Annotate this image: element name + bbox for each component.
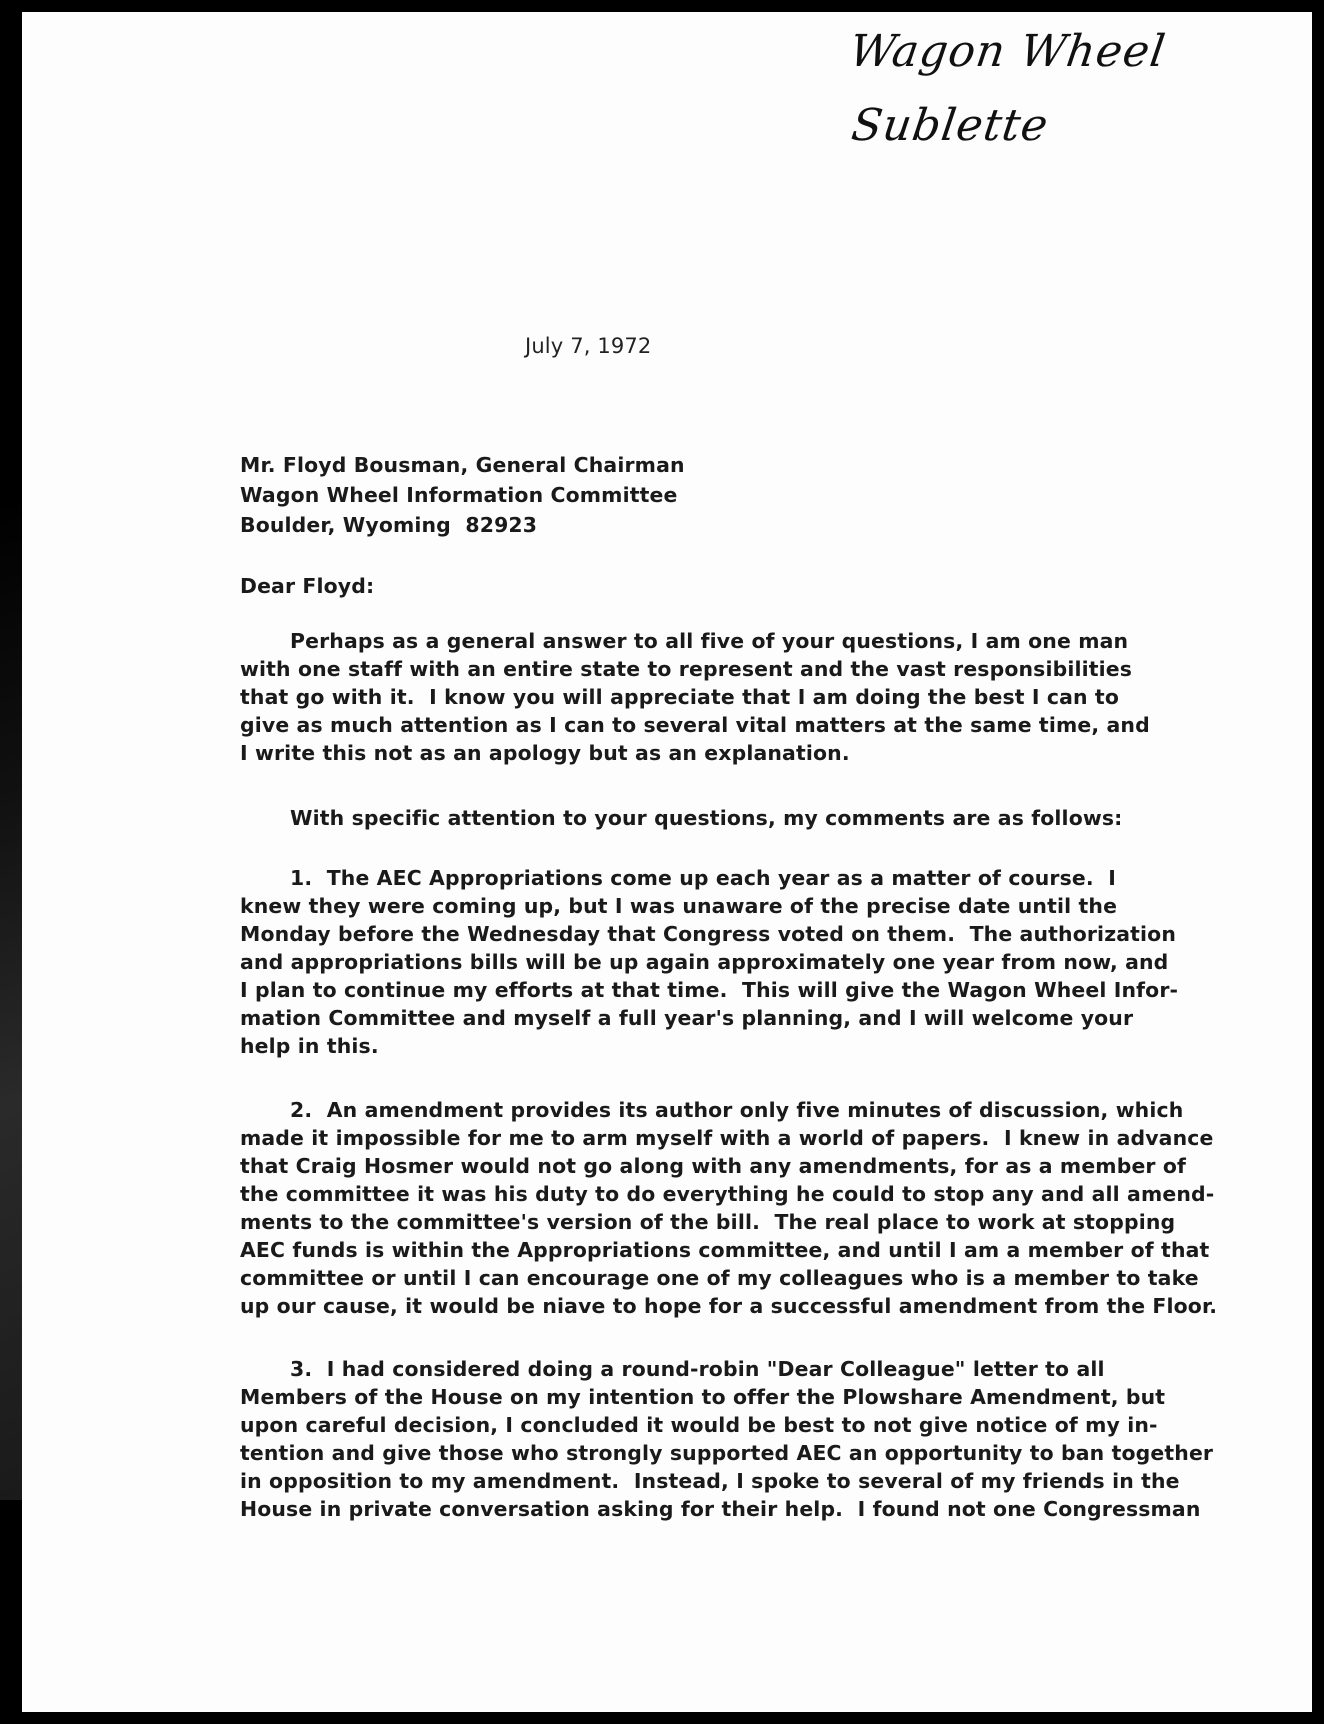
paragraph-line: help in this. xyxy=(240,1034,379,1058)
letter-page: Wagon Wheel Sublette July 7, 1972 Mr. Fl… xyxy=(22,12,1312,1712)
paragraph-line: Monday before the Wednesday that Congres… xyxy=(240,922,1176,946)
paragraph-line: Perhaps as a general answer to all five … xyxy=(290,629,1128,653)
paragraph-line: and appropriations bills will be up agai… xyxy=(240,950,1168,974)
paragraph-line: knew they were coming up, but I was unaw… xyxy=(240,894,1117,918)
scan-edge-shadow xyxy=(0,500,24,1500)
paragraph-line: mation Committee and myself a full year'… xyxy=(240,1006,1133,1030)
paragraph-line: up our cause, it would be niave to hope … xyxy=(240,1294,1217,1318)
paragraph-line: in opposition to my amendment. Instead, … xyxy=(240,1469,1180,1493)
paragraph-line: 1. The AEC Appropriations come up each y… xyxy=(290,866,1116,890)
paragraph-line: committee or until I can encourage one o… xyxy=(240,1266,1199,1290)
paragraph-line: 2. An amendment provides its author only… xyxy=(290,1098,1183,1122)
paragraph-line: made it impossible for me to arm myself … xyxy=(240,1126,1213,1150)
letter-date: July 7, 1972 xyxy=(525,334,651,358)
paragraph-line: with one staff with an entire state to r… xyxy=(240,657,1132,681)
address-line: Mr. Floyd Bousman, General Chairman xyxy=(240,453,685,477)
paragraph-line: ments to the committee's version of the … xyxy=(240,1210,1175,1234)
handwritten-annotation-line1: Wagon Wheel xyxy=(846,26,1168,77)
paragraph-line: tention and give those who strongly supp… xyxy=(240,1441,1213,1465)
handwritten-annotation-line2: Sublette xyxy=(848,100,1051,151)
paragraph-line: AEC funds is within the Appropriations c… xyxy=(240,1238,1209,1262)
paragraph-line: Members of the House on my intention to … xyxy=(240,1385,1165,1409)
paragraph-line: House in private conversation asking for… xyxy=(240,1497,1201,1521)
address-line: Wagon Wheel Information Committee xyxy=(240,483,677,507)
salutation: Dear Floyd: xyxy=(240,574,374,598)
paragraph-line: I write this not as an apology but as an… xyxy=(240,741,850,765)
paragraph-line: that go with it. I know you will appreci… xyxy=(240,685,1119,709)
paragraph-line: With specific attention to your question… xyxy=(290,806,1122,830)
paragraph-line: the committee it was his duty to do ever… xyxy=(240,1182,1214,1206)
paragraph-line: I plan to continue my efforts at that ti… xyxy=(240,978,1178,1002)
paragraph-line: that Craig Hosmer would not go along wit… xyxy=(240,1154,1186,1178)
address-line: Boulder, Wyoming 82923 xyxy=(240,513,537,537)
paragraph-line: upon careful decision, I concluded it wo… xyxy=(240,1413,1158,1437)
paragraph-line: give as much attention as I can to sever… xyxy=(240,713,1150,737)
paragraph-line: 3. I had considered doing a round-robin … xyxy=(290,1357,1105,1381)
